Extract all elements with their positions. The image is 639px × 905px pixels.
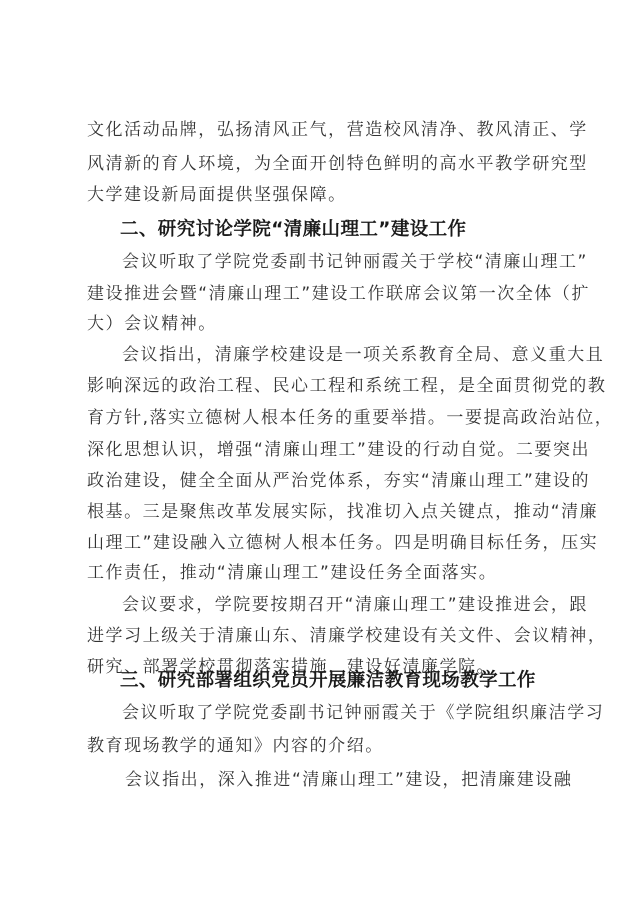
body-text-line: 根基。三是聚焦改革发展实际，找准切入点关键点，推动“清廉 xyxy=(87,500,557,524)
body-text-line: 建设推进会暨“清廉山理工”建设工作联席会议第一次全体（扩 xyxy=(87,282,557,306)
body-text-line: 会议听取了学院党委副书记钟丽霞关于学校“清廉山理工” xyxy=(122,250,557,274)
body-text-line: 风清新的育人环境，为全面开创特色鲜明的高水平教学研究型 xyxy=(87,152,557,176)
body-text-line: 影响深远的政治工程、民心工程和系统工程，是全面贯彻党的教 xyxy=(87,374,557,398)
body-text-line: 会议要求，学院要按期召开“清廉山理工”建设推进会，跟 xyxy=(122,593,557,617)
body-text-line: 深化思想认识，增强“清廉山理工”建设的行动自觉。二要突出 xyxy=(87,438,557,462)
document-page: 文化活动品牌，弘扬清风正气，营造校风清净、教风清正、学 风清新的育人环境，为全面… xyxy=(0,0,639,905)
body-text-line: 山理工”建设融入立德树人根本任务。四是明确目标任务，压实 xyxy=(87,531,557,555)
body-text-line: 教育现场教学的通知》内容的介绍。 xyxy=(87,734,557,758)
body-text-line: 会议指出，深入推进“清廉山理工”建设，把清廉建设融 xyxy=(125,768,553,792)
body-text-line: 会议指出，清廉学校建设是一项关系教育全局、意义重大且 xyxy=(122,343,557,367)
body-text-line: 大）会议精神。 xyxy=(87,312,557,336)
body-text-line: 文化活动品牌，弘扬清风正气，营造校风清净、教风清正、学 xyxy=(87,118,557,142)
body-text-line: 大学建设新局面提供坚强保障。 xyxy=(87,183,557,207)
body-text-line: 育方针,落实立德树人根本任务的重要举措。一要提高政治站位， xyxy=(87,406,557,430)
section-heading-2: 二、研究讨论学院“清廉山理工”建设工作 xyxy=(120,217,466,243)
body-text-line: 进学习上级关于清廉山东、清廉学校建设有关文件、会议精神， xyxy=(87,624,557,648)
section-heading-3: 三、研究部署组织党员开展廉洁教育现场教学工作 xyxy=(120,668,536,694)
body-text-line: 政治建设，健全全面从严治党体系，夯实“清廉山理工”建设的 xyxy=(87,469,557,493)
body-text-line: 会议听取了学院党委副书记钟丽霞关于《学院组织廉洁学习 xyxy=(122,701,557,725)
body-text-line: 工作责任，推动“清廉山理工”建设任务全面落实。 xyxy=(87,561,557,585)
